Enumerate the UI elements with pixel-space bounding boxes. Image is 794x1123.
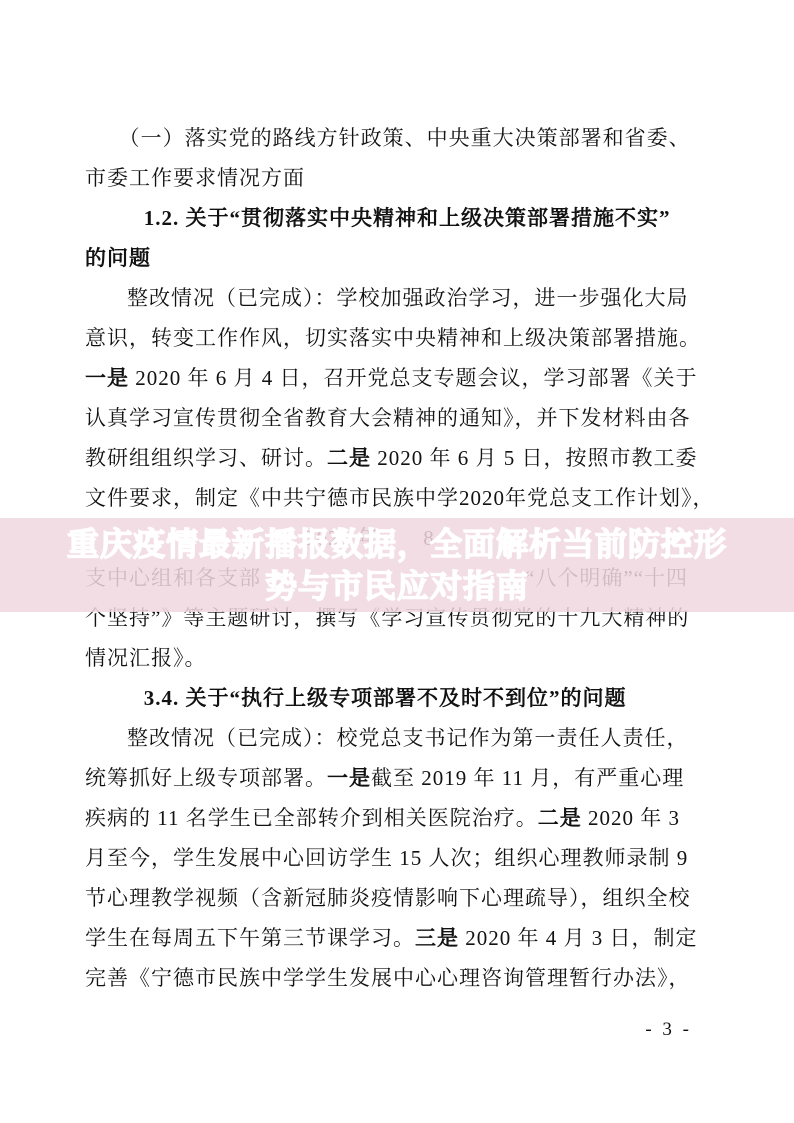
- doc-text: 疾病的 11 名学生已全部转介到相关医院治疗。: [85, 806, 538, 830]
- doc-line: 整改情况（已完成）：校党总支书记作为第一责任人责任，: [85, 718, 717, 758]
- doc-text: 的问题: [85, 246, 151, 270]
- doc-text: 整改情况（已完成）：学校加强政治学习，进一步强化大局: [127, 286, 689, 310]
- doc-line: 整改情况（已完成）：学校加强政治学习，进一步强化大局: [85, 278, 717, 318]
- doc-heading-line: 1.2. 关于“贯彻落实中央精神和上级决策部署措施不实”: [85, 198, 717, 238]
- doc-text: 1.2. 关于“贯彻落实中央精神和上级决策部署措施不实”: [144, 206, 671, 230]
- doc-line: 完善《宁德市民族中学学生发展中心心理咨询管理暂行办法》，: [85, 958, 717, 998]
- doc-text: 意识，转变工作作风，切实落实中央精神和上级决策部署措施。: [85, 326, 701, 350]
- doc-line: 文件要求，制定《中共宁德市民族中学2020年党总支工作计划》，: [85, 478, 717, 518]
- doc-line: 意识，转变工作作风，切实落实中央精神和上级决策部署措施。: [85, 318, 717, 358]
- doc-line: 情况汇报》。: [85, 638, 717, 678]
- doc-text: 市委工作要求情况方面: [85, 166, 305, 190]
- doc-line: 教研组组织学习、研讨。二是 2020 年 6 月 5 日，按照市教工委: [85, 438, 717, 478]
- doc-text: 学生在每周五下午第三节课学习。: [85, 926, 415, 950]
- doc-text: 3.4. 关于“执行上级专项部署不及时不到位”的问题: [144, 686, 627, 710]
- doc-line: 市委工作要求情况方面: [85, 158, 717, 198]
- doc-text: 月至今，学生发展中心回访学生 15 人次；组织心理教师录制 9: [85, 846, 688, 870]
- doc-text-bold: 一是: [327, 766, 371, 790]
- overlay-title-line-1: 重庆疫情最新播报数据，全面解析当前防控形: [67, 523, 727, 565]
- doc-line: 疾病的 11 名学生已全部转介到相关医院治疗。二是 2020 年 3: [85, 798, 717, 838]
- doc-line: 认真学习宣传贯彻全省教育大会精神的通知》，并下发材料由各: [85, 398, 717, 438]
- overlay-title-line-2: 势与市民应对指南: [265, 565, 529, 607]
- doc-text-bold: 一是: [85, 366, 129, 390]
- doc-text: 整改情况（已完成）：校党总支书记作为第一责任人责任，: [127, 726, 689, 750]
- doc-text: 教研组组织学习、研讨。: [85, 446, 327, 470]
- doc-line: 节心理教学视频（含新冠肺炎疫情影响下心理疏导），组织全校: [85, 878, 717, 918]
- doc-text: 情况汇报》。: [85, 646, 207, 670]
- doc-text: 节心理教学视频（含新冠肺炎疫情影响下心理疏导），组织全校: [85, 886, 691, 910]
- doc-line: 统筹抓好上级专项部署。一是截至 2019 年 11 月，有严重心理: [85, 758, 717, 798]
- doc-text: 2020 年 6 月 4 日，召开党总支专题会议，学习部署《关于: [129, 366, 698, 390]
- doc-text-bold: 三是: [415, 926, 459, 950]
- doc-text: 2020 年 3: [582, 806, 680, 830]
- page-number: - 3 -: [645, 1019, 692, 1041]
- doc-heading-line: 3.4. 关于“执行上级专项部署不及时不到位”的问题: [85, 678, 717, 718]
- doc-text-bold: 二是: [327, 446, 371, 470]
- doc-text: 文件要求，制定《中共宁德市民族中学2020年党总支工作计划》，: [85, 486, 715, 510]
- doc-line: 一是 2020 年 6 月 4 日，召开党总支专题会议，学习部署《关于: [85, 358, 717, 398]
- doc-text: 2020 年 4 月 3 日，制定: [459, 926, 698, 950]
- document-page: （一）落实党的路线方针政策、中央重大决策部署和省委、市委工作要求情况方面1.2.…: [0, 0, 794, 1123]
- doc-text: （一）落实党的路线方针政策、中央重大决策部署和省委、: [119, 126, 691, 150]
- doc-text: 截至 2019 年 11 月，有严重心理: [371, 766, 684, 790]
- doc-text: 2020 年 6 月 5 日，按照市教工委: [371, 446, 698, 470]
- doc-text-bold: 二是: [538, 806, 582, 830]
- doc-text: 统筹抓好上级专项部署。: [85, 766, 327, 790]
- doc-text: 完善《宁德市民族中学学生发展中心心理咨询管理暂行办法》，: [85, 966, 691, 990]
- doc-line: 学生在每周五下午第三节课学习。三是 2020 年 4 月 3 日，制定: [85, 918, 717, 958]
- doc-line: 月至今，学生发展中心回访学生 15 人次；组织心理教师录制 9: [85, 838, 717, 878]
- doc-line: （一）落实党的路线方针政策、中央重大决策部署和省委、: [85, 118, 717, 158]
- overlay-banner: 重庆疫情最新播报数据，全面解析当前防控形 势与市民应对指南: [0, 518, 794, 612]
- doc-heading-line: 的问题: [85, 238, 717, 278]
- doc-text: 认真学习宣传贯彻全省教育大会精神的通知》，并下发材料由各: [85, 406, 691, 430]
